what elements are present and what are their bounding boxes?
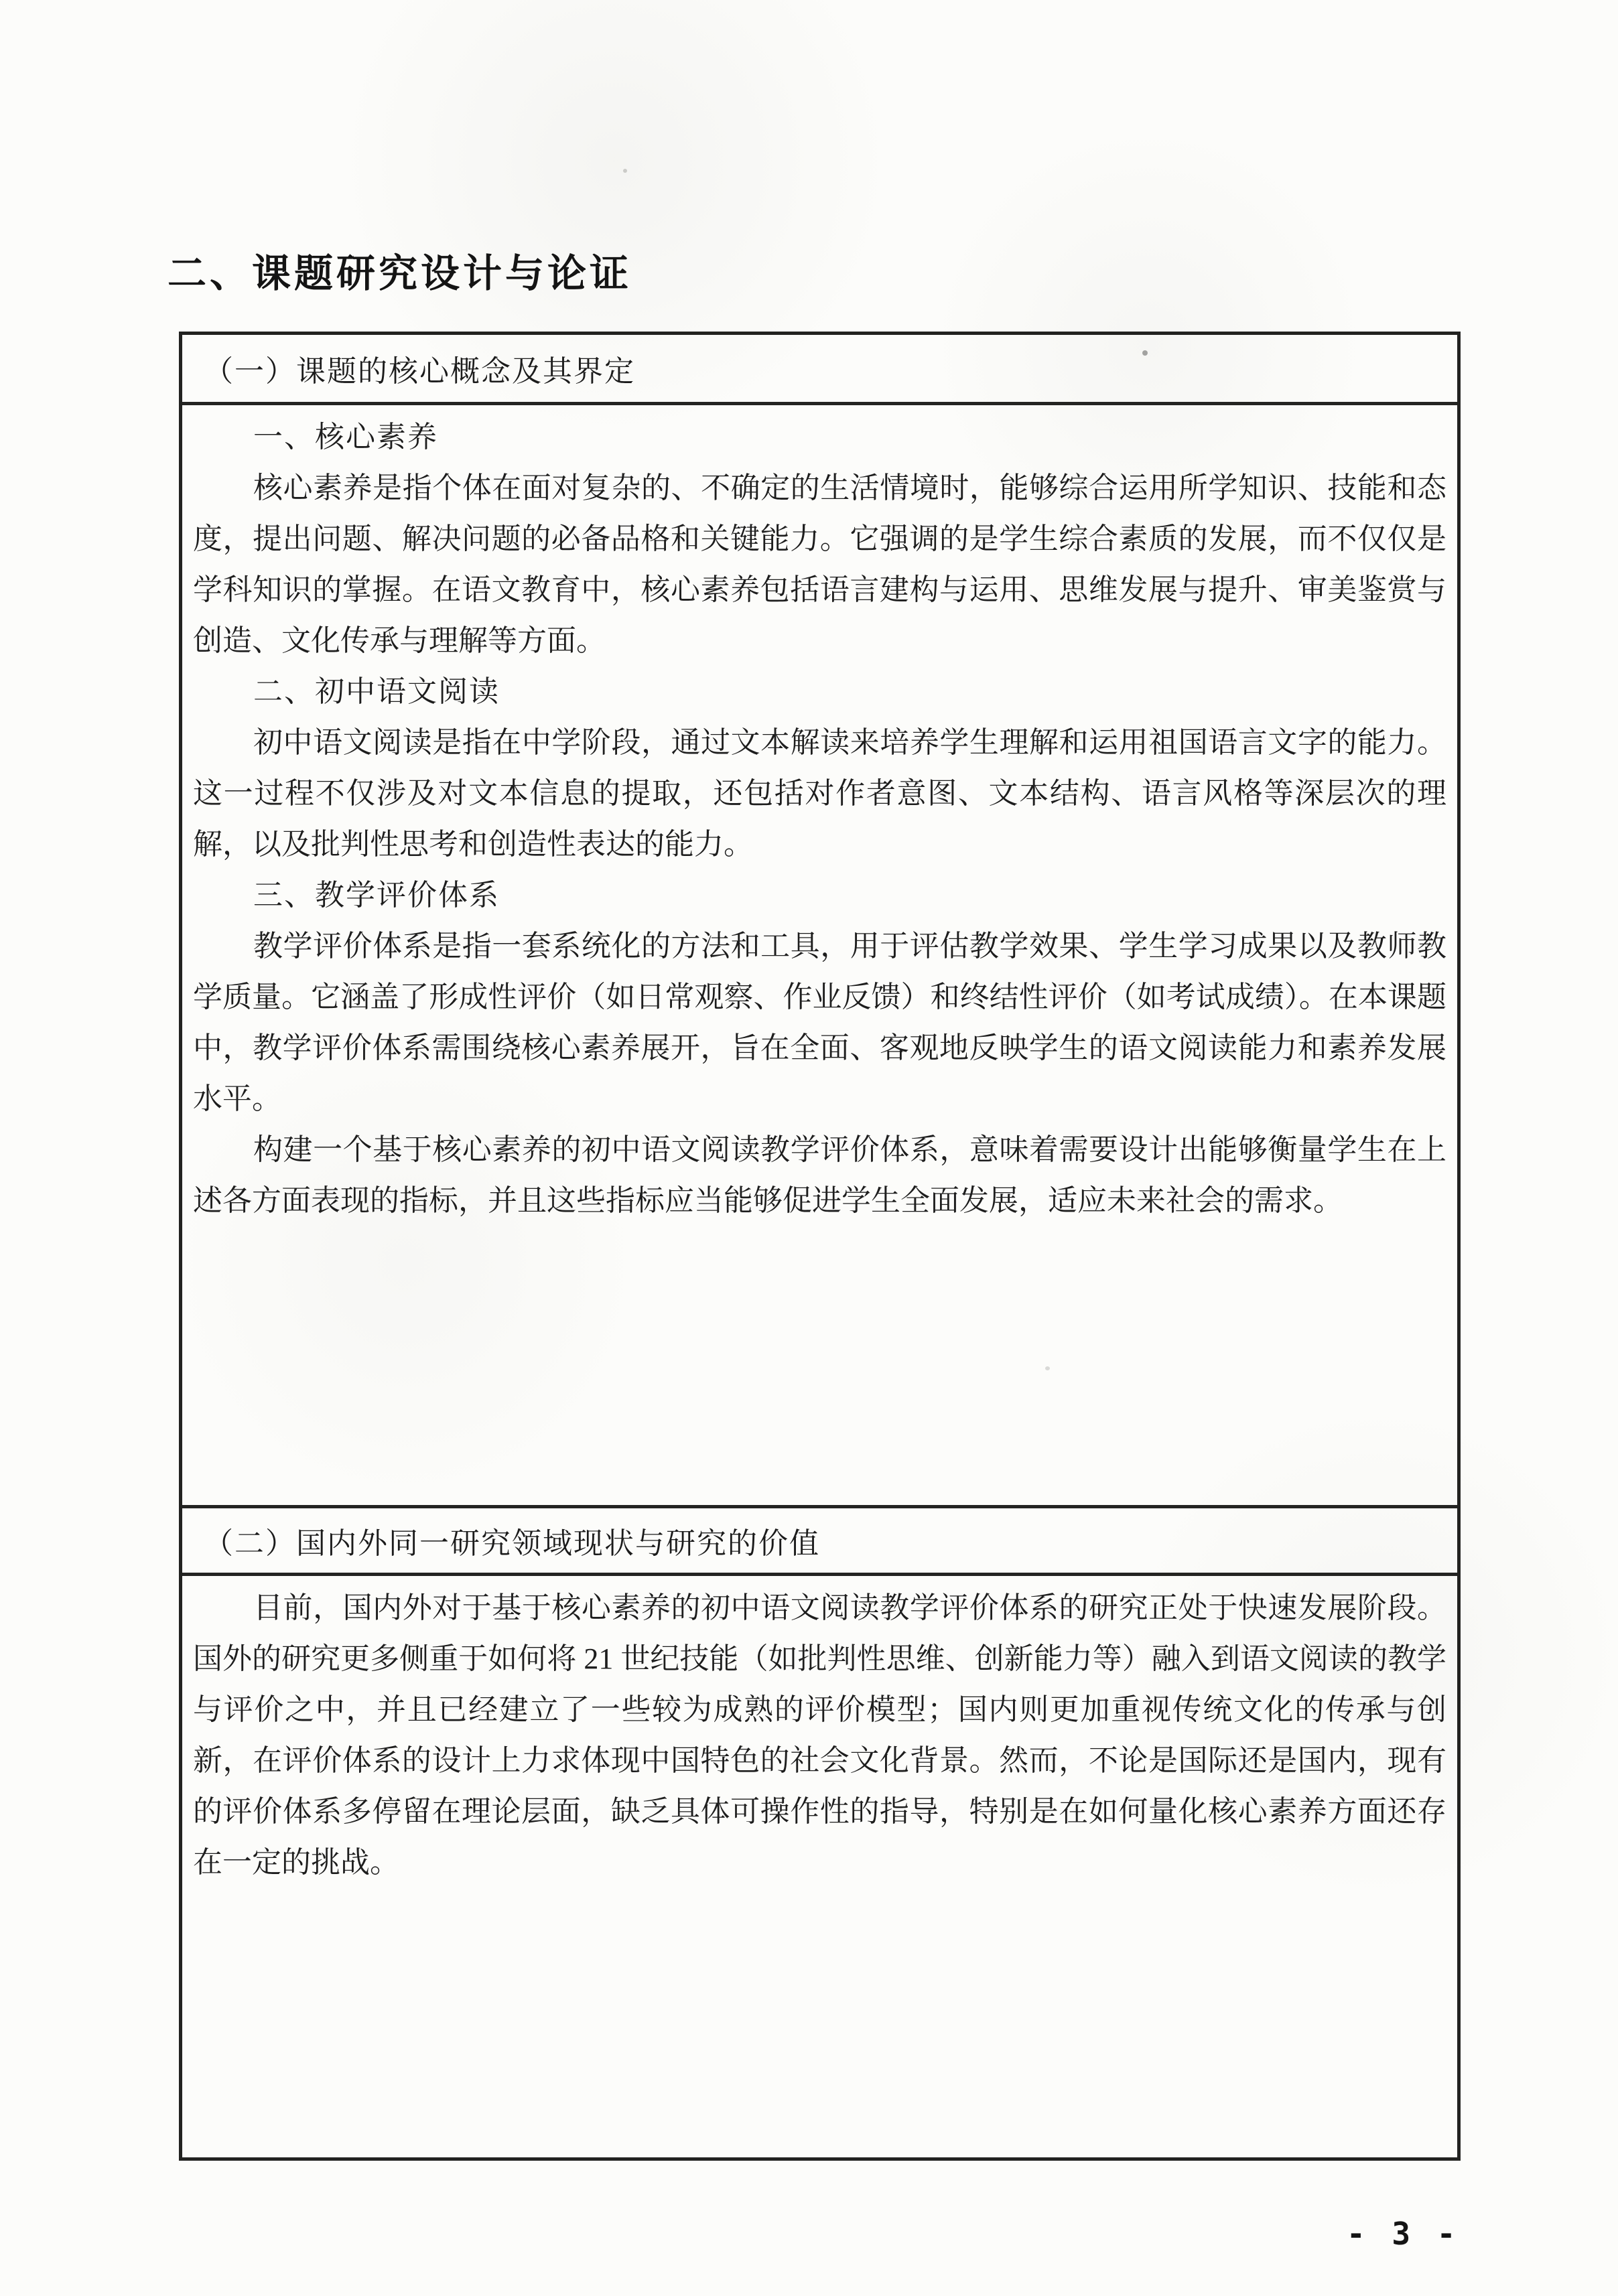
paragraph: 初中语文阅读是指在中学阶段，通过文本解读来培养学生理解和运用祖国语言文字的能力。… [193,717,1446,870]
section-1-body: 一、核心素养 核心素养是指个体在面对复杂的、不确定的生活情境时，能够综合运用所学… [182,405,1457,1508]
scan-speck [1142,350,1148,356]
paragraph: 构建一个基于核心素养的初中语文阅读教学评价体系，意味着需要设计出能够衡量学生在上… [193,1125,1446,1226]
scan-speck [623,169,627,173]
paragraph: 三、教学评价体系 [193,870,1446,921]
section-2-body: 目前，国内外对于基于核心素养的初中语文阅读教学评价体系的研究正处于快速发展阶段。… [182,1576,1457,2157]
section-1-header: （一）课题的核心概念及其界定 [182,335,1457,405]
paragraph: 一、核心素养 [193,412,1446,463]
page-title: 二、课题研究设计与论证 [167,249,632,297]
paragraph: 二、初中语文阅读 [193,666,1446,717]
scanned-document-page: 二、课题研究设计与论证 （一）课题的核心概念及其界定 一、核心素养 核心素养是指… [0,0,1618,2296]
paragraph: 教学评价体系是指一套系统化的方法和工具，用于评估教学效果、学生学习成果以及教师教… [193,921,1446,1125]
section-2-header: （二）国内外同一研究领域现状与研究的价值 [182,1508,1457,1576]
paragraph: 核心素养是指个体在面对复杂的、不确定的生活情境时，能够综合运用所学知识、技能和态… [193,463,1446,666]
research-design-form: （一）课题的核心概念及其界定 一、核心素养 核心素养是指个体在面对复杂的、不确定… [179,332,1461,2161]
page-number: - 3 - [1347,2216,1459,2252]
paragraph: 目前，国内外对于基于核心素养的初中语文阅读教学评价体系的研究正处于快速发展阶段。… [193,1583,1446,1888]
scan-speck [1045,1366,1050,1370]
